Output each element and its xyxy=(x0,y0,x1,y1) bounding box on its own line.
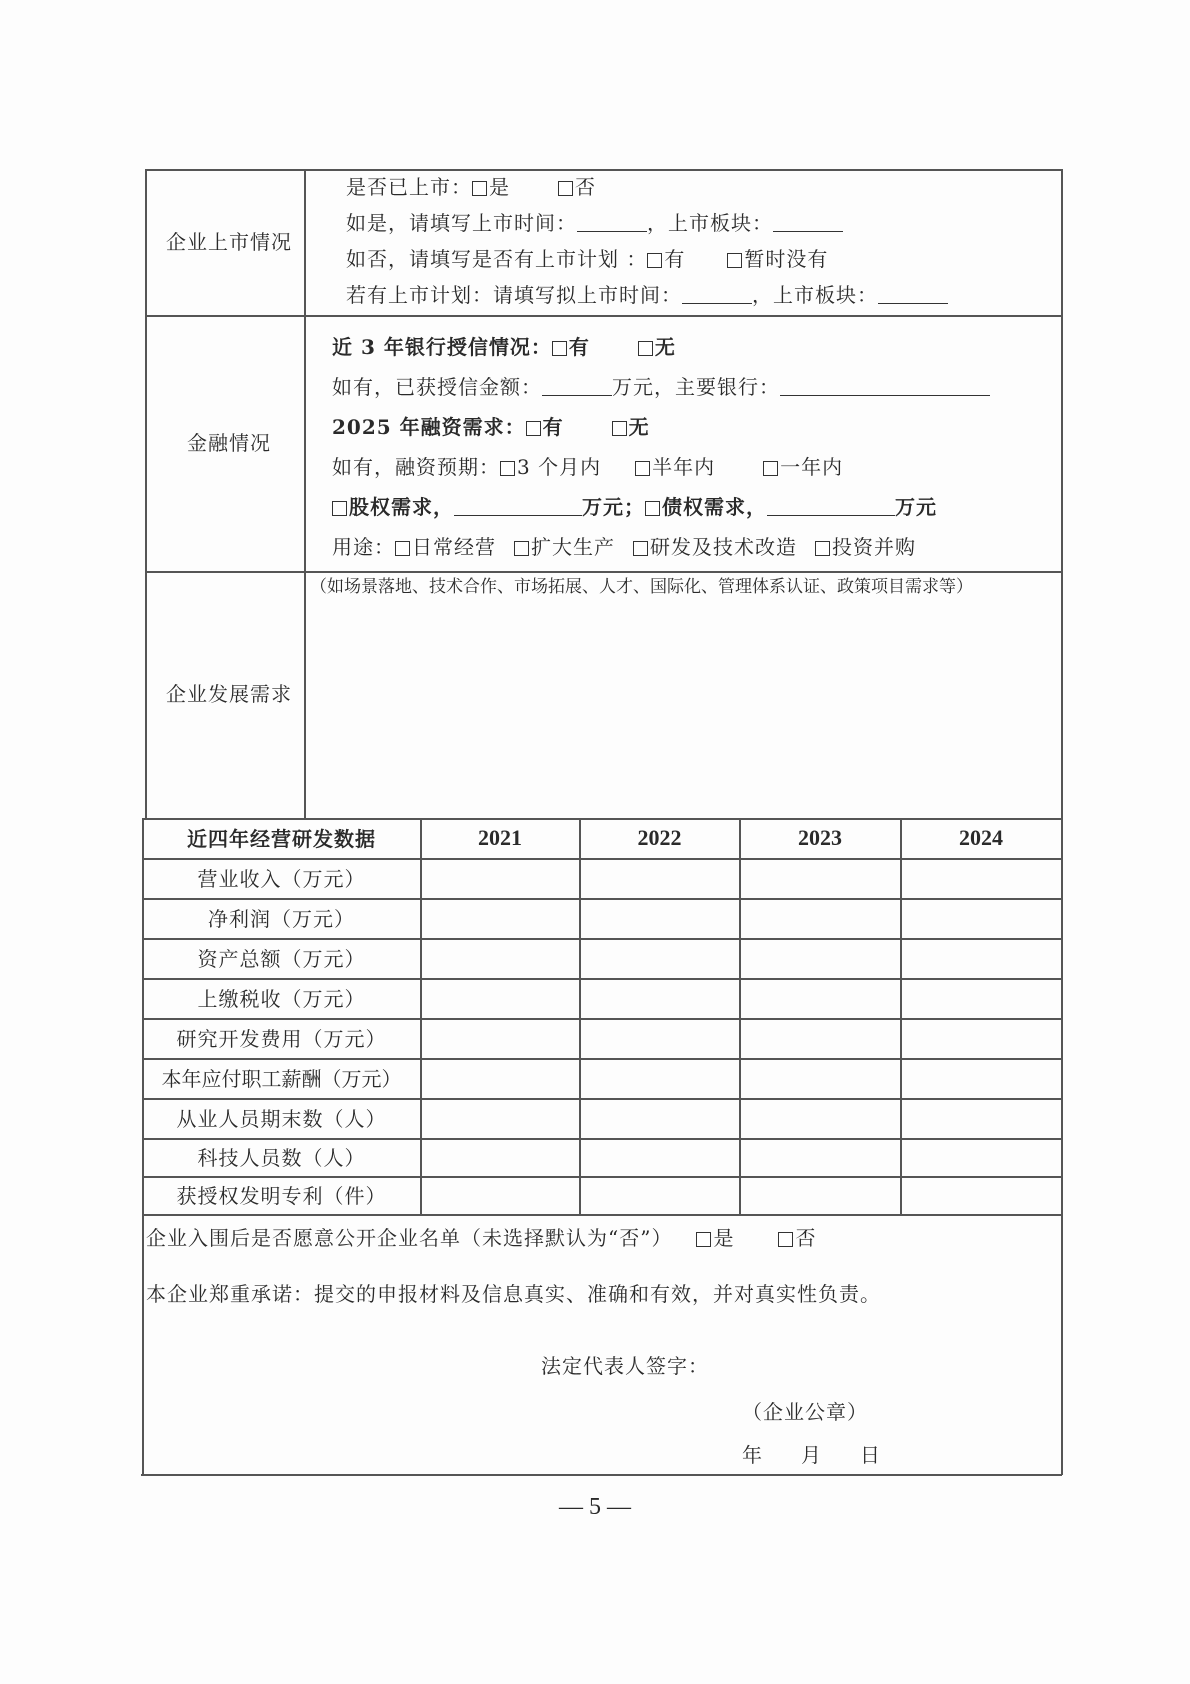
usage-rnd-label: 研发及技术改造 xyxy=(650,535,797,559)
usage-row: 用途：日常经营扩大生产研发及技术改造投资并购 xyxy=(332,535,916,559)
listed-no-label: 否 xyxy=(575,175,596,199)
disclose-no-label: 否 xyxy=(795,1226,816,1250)
usage-investment-label: 投资并购 xyxy=(832,535,916,559)
period-half-year-checkbox[interactable] xyxy=(635,461,650,476)
debt-need-label: 债权需求， xyxy=(662,495,767,519)
financing-no-label: 无 xyxy=(629,415,650,439)
usage-investment-checkbox[interactable] xyxy=(815,541,830,556)
listing-board-prefix: ，上市板块： xyxy=(647,211,773,235)
equity-amount-field[interactable] xyxy=(454,497,582,516)
credit-yes-checkbox[interactable] xyxy=(552,341,567,356)
cell-tech-staff-2024[interactable] xyxy=(901,1139,1061,1177)
plan-none-label: 暂时没有 xyxy=(744,247,828,271)
listing-status-prefix: 是否已上市： xyxy=(346,175,472,199)
financing-need-prefix: 2025 年融资需求： xyxy=(332,415,526,439)
year-header-2022: 2022 xyxy=(580,826,739,850)
cell-tech-staff-2022[interactable] xyxy=(580,1139,740,1177)
equity-debt-row: 股权需求，万元；债权需求，万元 xyxy=(332,495,937,519)
development-section-bottom xyxy=(142,818,1062,820)
row-label-tech-staff: 科技人员数（人） xyxy=(143,1146,420,1170)
listing-label: 企业上市情况 xyxy=(154,230,304,254)
cell-revenue-2023[interactable] xyxy=(740,859,901,899)
data-table-header-label: 近四年经营研发数据 xyxy=(143,827,420,851)
planned-board-field[interactable] xyxy=(878,285,948,304)
listing-plan-row: 如否，请填写是否有上市计划 ：有暂时没有 xyxy=(346,247,828,271)
period-half-year-label: 半年内 xyxy=(652,455,715,479)
cell-net-profit-2022[interactable] xyxy=(580,899,740,939)
cell-employees-2023[interactable] xyxy=(740,1099,901,1139)
row-label-net-profit: 净利润（万元） xyxy=(143,907,420,931)
listing-board-field[interactable] xyxy=(773,213,843,232)
cell-tech-staff-2023[interactable] xyxy=(740,1139,901,1177)
year-header-2024: 2024 xyxy=(901,826,1061,850)
listed-yes-label: 是 xyxy=(489,175,510,199)
cell-rnd-2023[interactable] xyxy=(740,1019,901,1059)
listing-time-field[interactable] xyxy=(577,213,647,232)
usage-rnd-checkbox[interactable] xyxy=(633,541,648,556)
equity-need-label: 股权需求， xyxy=(349,495,454,519)
usage-operations-checkbox[interactable] xyxy=(395,541,410,556)
row-label-rnd-expenses: 研究开发费用（万元） xyxy=(143,1027,420,1051)
table-border-bottom xyxy=(141,1474,1062,1476)
credit-yes-label: 有 xyxy=(569,335,590,359)
plan-yes-label: 有 xyxy=(664,247,685,271)
debt-amount-field[interactable] xyxy=(767,497,895,516)
row-label-total-assets: 资产总额（万元） xyxy=(143,947,420,971)
cell-rnd-2022[interactable] xyxy=(580,1019,740,1059)
cell-total-assets-2023[interactable] xyxy=(740,939,901,979)
table-border-right xyxy=(1061,169,1063,1475)
year-header-2021: 2021 xyxy=(421,826,579,850)
cell-taxes-2022[interactable] xyxy=(580,979,740,1019)
disclose-row: 企业入围后是否愿意公开企业名单（未选择默认为“否”）是否 xyxy=(146,1226,816,1250)
plan-none-checkbox[interactable] xyxy=(727,253,742,268)
cell-payroll-2021[interactable] xyxy=(421,1059,580,1099)
main-bank-prefix: 万元，主要银行： xyxy=(612,375,780,399)
plan-yes-checkbox[interactable] xyxy=(647,253,662,268)
cell-taxes-2023[interactable] xyxy=(740,979,901,1019)
row-label-revenue: 营业收入（万元） xyxy=(143,867,420,891)
table-border-left-upper xyxy=(145,169,147,819)
row-label-employees: 从业人员期末数（人） xyxy=(143,1107,420,1131)
development-hint: （如场景落地、技术合作、市场拓展、人才、国际化、管理体系认证、政策项目需求等） xyxy=(310,575,973,599)
cell-net-profit-2024[interactable] xyxy=(901,899,1061,939)
date-year-label: 年 xyxy=(742,1443,763,1467)
financing-no-checkbox[interactable] xyxy=(612,421,627,436)
planned-board-prefix: ，上市板块： xyxy=(752,283,878,307)
cell-patents-2024[interactable] xyxy=(901,1177,1061,1215)
cell-tech-staff-2021[interactable] xyxy=(421,1139,580,1177)
row-label-patents: 获授权发明专利（件） xyxy=(143,1184,420,1208)
listed-no-checkbox[interactable] xyxy=(558,181,573,196)
pledge-statement: 本企业郑重承诺：提交的申报材料及信息真实、准确和有效，并对真实性负责。 xyxy=(146,1282,881,1306)
usage-expand-production-checkbox[interactable] xyxy=(514,541,529,556)
cell-patents-2022[interactable] xyxy=(580,1177,740,1215)
financing-period-row: 如有，融资预期：3 个月内半年内一年内 xyxy=(332,455,843,479)
listing-time-row: 如是，请填写上市时间：，上市板块： xyxy=(346,211,843,235)
planned-time-field[interactable] xyxy=(682,285,752,304)
credit-amount-prefix: 如有，已获授信金额： xyxy=(332,375,542,399)
cell-revenue-2022[interactable] xyxy=(580,859,740,899)
cell-payroll-2022[interactable] xyxy=(580,1059,740,1099)
equity-unit: 万元； xyxy=(582,495,645,519)
company-seal-label: （企业公章） xyxy=(742,1400,868,1424)
debt-need-checkbox[interactable] xyxy=(645,501,660,516)
equity-need-checkbox[interactable] xyxy=(332,501,347,516)
row-label-taxes-paid: 上缴税收（万元） xyxy=(143,987,420,1011)
credit-no-label: 无 xyxy=(655,335,676,359)
row-label-payroll: 本年应付职工薪酬（万元） xyxy=(143,1067,420,1091)
cell-total-assets-2021[interactable] xyxy=(421,939,580,979)
cell-net-profit-2021[interactable] xyxy=(421,899,580,939)
cell-rnd-2024[interactable] xyxy=(901,1019,1061,1059)
cell-patents-2021[interactable] xyxy=(421,1177,580,1215)
cell-total-assets-2022[interactable] xyxy=(580,939,740,979)
date-month-label: 月 xyxy=(801,1443,822,1467)
development-label: 企业发展需求 xyxy=(154,682,304,706)
cell-employees-2024[interactable] xyxy=(901,1099,1061,1139)
disclose-question: 企业入围后是否愿意公开企业名单（未选择默认为“否”） xyxy=(146,1226,672,1250)
cell-taxes-2021[interactable] xyxy=(421,979,580,1019)
listed-yes-checkbox[interactable] xyxy=(472,181,487,196)
data-value-grid xyxy=(421,859,1061,1214)
table-border-top xyxy=(145,169,1062,171)
period-3months-checkbox[interactable] xyxy=(500,461,515,476)
disclose-yes-checkbox[interactable] xyxy=(696,1232,711,1247)
bank-credit-row: 近 3 年银行授信情况：有无 xyxy=(332,335,676,359)
financing-yes-checkbox[interactable] xyxy=(526,421,541,436)
usage-operations-label: 日常经营 xyxy=(412,535,496,559)
listing-time-prefix: 如是，请填写上市时间： xyxy=(346,211,577,235)
date-day-label: 日 xyxy=(860,1443,881,1467)
cell-revenue-2021[interactable] xyxy=(421,859,580,899)
cell-total-assets-2024[interactable] xyxy=(901,939,1061,979)
signature-label: 法定代表人签字： xyxy=(541,1354,709,1378)
listing-plan-prefix: 如否，请填写是否有上市计划 ： xyxy=(346,247,647,271)
date-row: 年月日 xyxy=(742,1443,881,1467)
cell-employees-2022[interactable] xyxy=(580,1099,740,1139)
credit-amount-row: 如有，已获授信金额：万元，主要银行： xyxy=(332,375,990,399)
planned-time-prefix: 若有上市计划：请填写拟上市时间： xyxy=(346,283,682,307)
finance-label: 金融情况 xyxy=(154,431,304,455)
usage-expand-production-label: 扩大生产 xyxy=(531,535,615,559)
financing-need-row: 2025 年融资需求：有无 xyxy=(332,415,650,439)
finance-section-bottom xyxy=(145,571,1062,573)
disclose-no-checkbox[interactable] xyxy=(778,1232,793,1247)
cell-net-profit-2023[interactable] xyxy=(740,899,901,939)
cell-rnd-2021[interactable] xyxy=(421,1019,580,1059)
cell-revenue-2024[interactable] xyxy=(901,859,1061,899)
year-header-2023: 2023 xyxy=(740,826,900,850)
cell-taxes-2024[interactable] xyxy=(901,979,1061,1019)
listing-status-row: 是否已上市：是否 xyxy=(346,175,596,199)
period-one-year-checkbox[interactable] xyxy=(763,461,778,476)
development-needs-input[interactable] xyxy=(306,600,1060,816)
cell-payroll-2024[interactable] xyxy=(901,1059,1061,1099)
usage-prefix: 用途： xyxy=(332,535,395,559)
planned-listing-row: 若有上市计划：请填写拟上市时间：，上市板块： xyxy=(346,283,948,307)
bank-credit-prefix: 近 3 年银行授信情况： xyxy=(332,335,552,359)
debt-unit: 万元 xyxy=(895,495,937,519)
cell-patents-2023[interactable] xyxy=(740,1177,901,1215)
cell-employees-2021[interactable] xyxy=(421,1099,580,1139)
listing-section-bottom xyxy=(145,315,1062,317)
cell-payroll-2023[interactable] xyxy=(740,1059,901,1099)
disclose-yes-label: 是 xyxy=(713,1226,734,1250)
period-one-year-label: 一年内 xyxy=(780,455,843,479)
signature-field[interactable] xyxy=(720,1350,1020,1380)
financing-period-prefix: 如有，融资预期： xyxy=(332,455,500,479)
period-3months-label: 3 个月内 xyxy=(517,455,601,479)
credit-amount-field[interactable] xyxy=(542,377,612,396)
main-bank-field[interactable] xyxy=(780,377,990,396)
financing-yes-label: 有 xyxy=(543,415,564,439)
credit-no-checkbox[interactable] xyxy=(638,341,653,356)
page-number: — 5 — xyxy=(0,1495,1190,1519)
